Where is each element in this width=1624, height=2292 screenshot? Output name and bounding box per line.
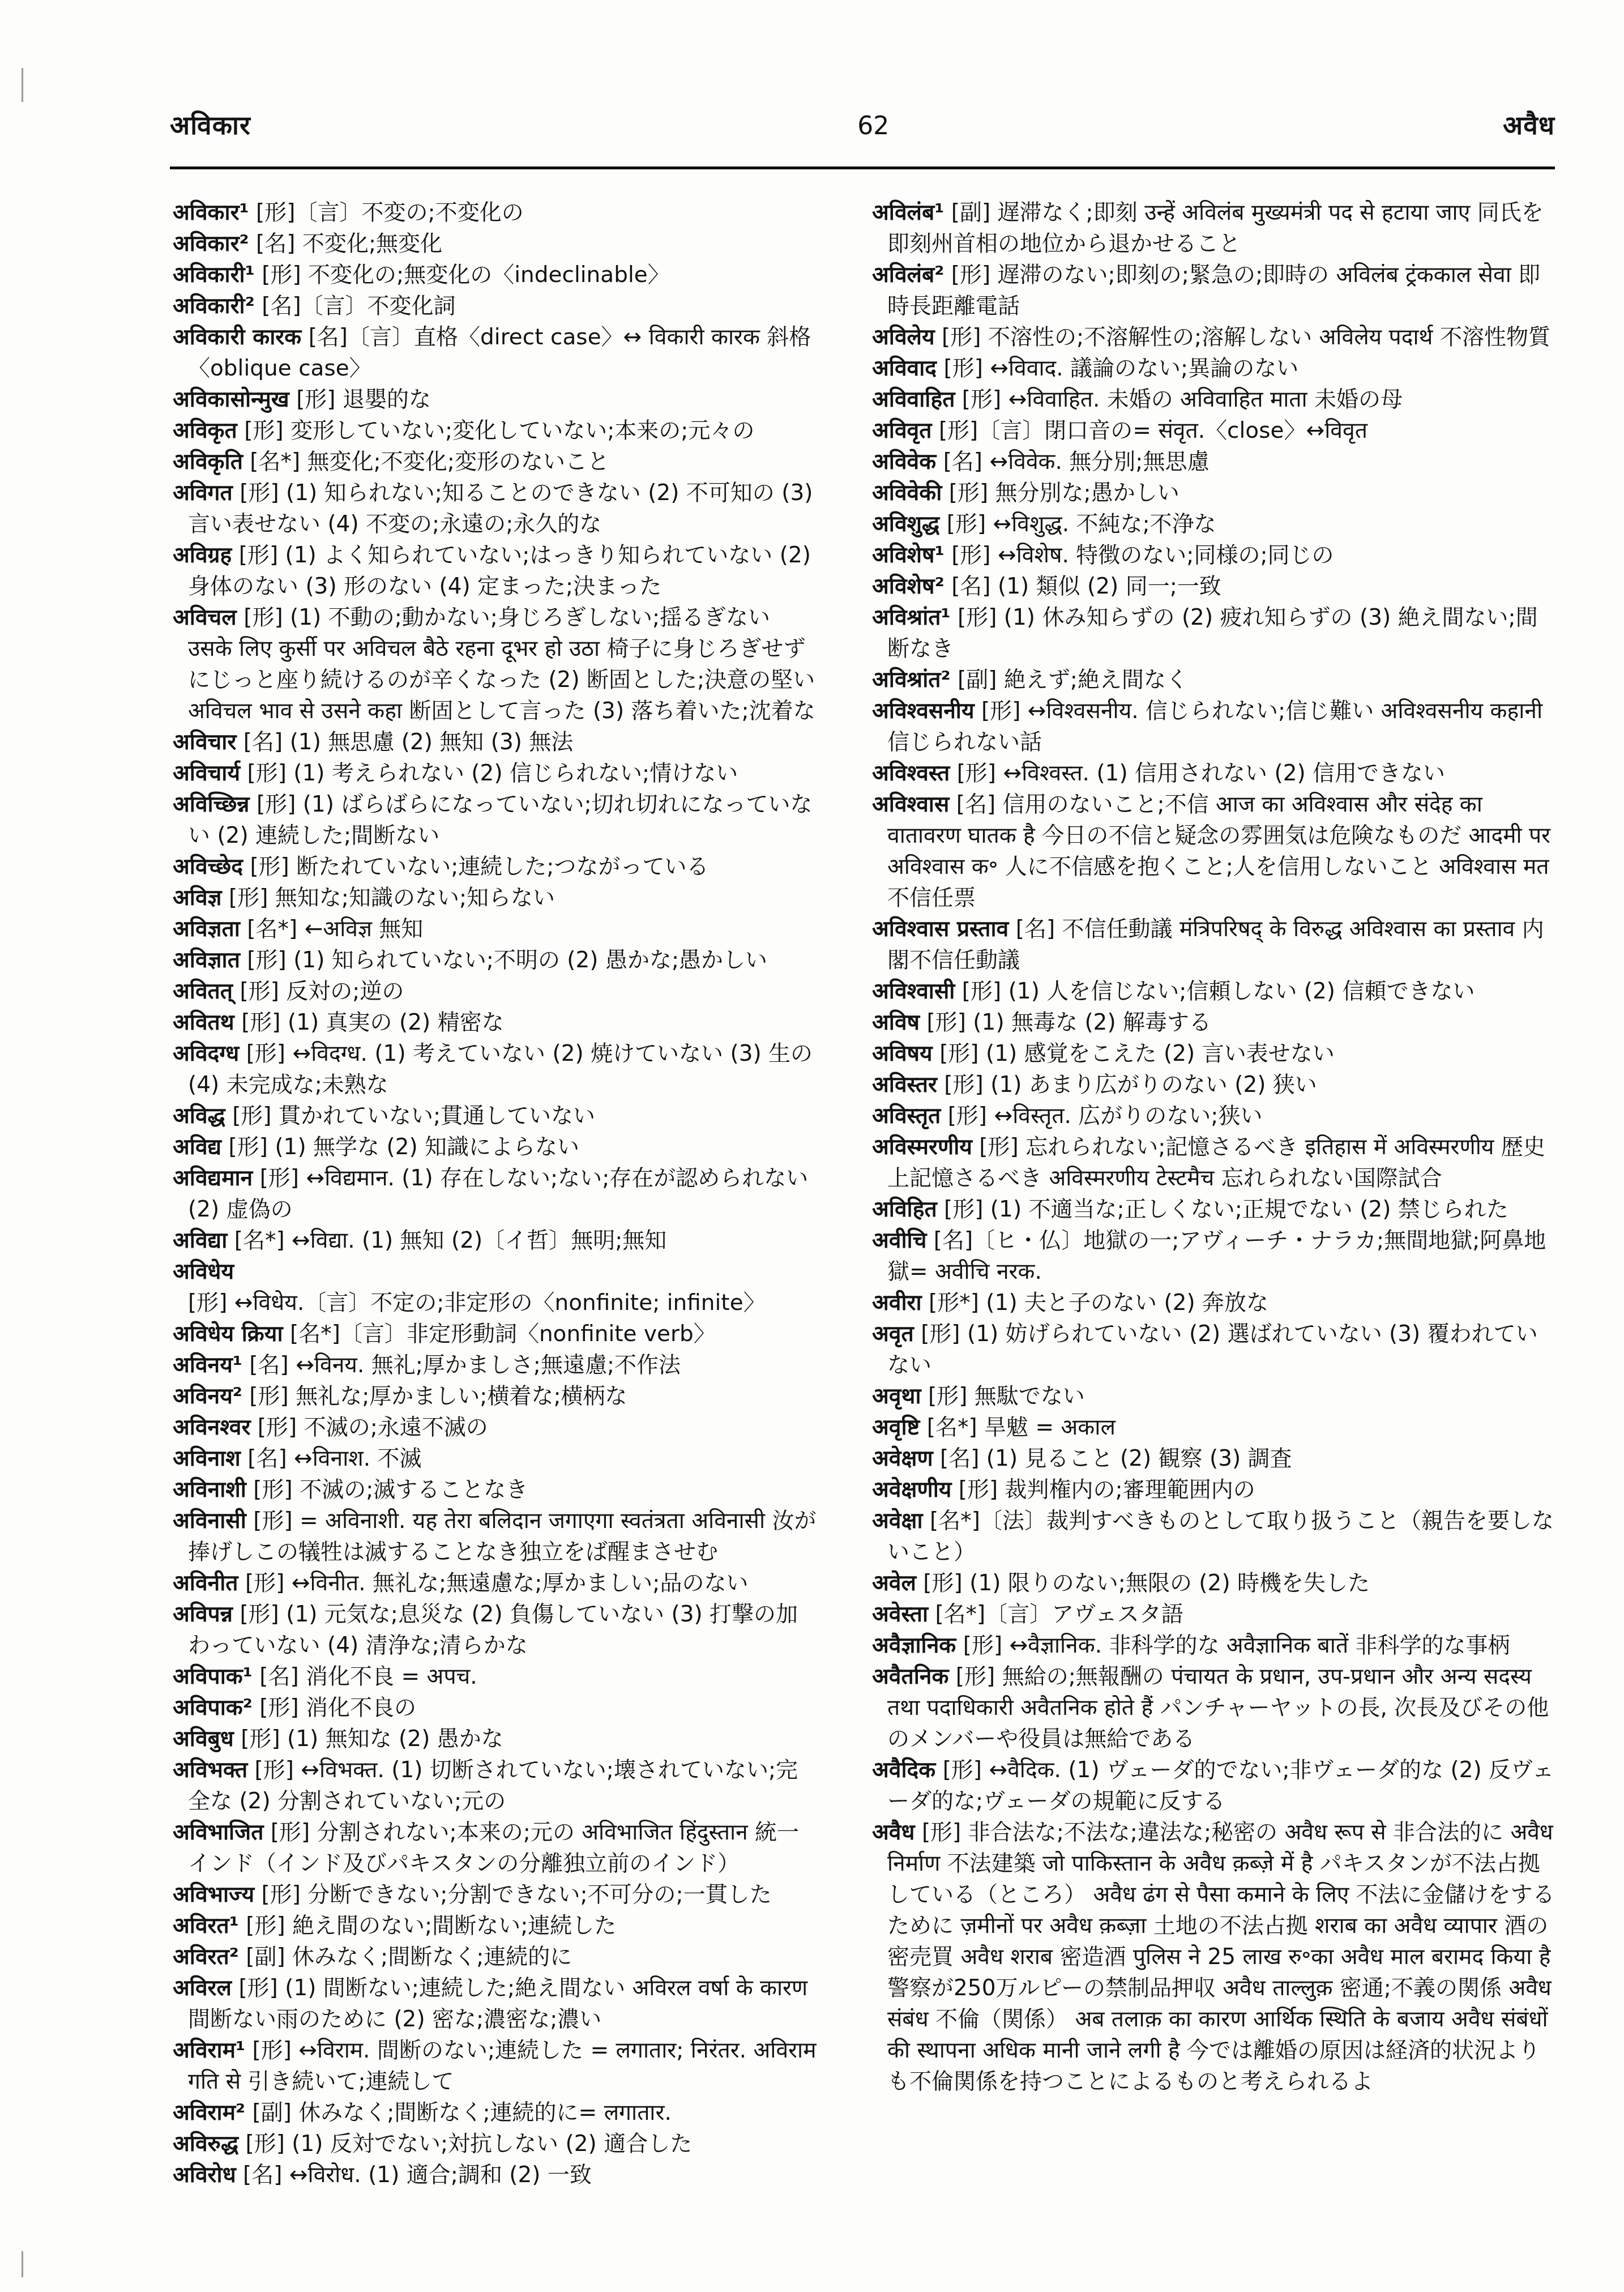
dictionary-entry: अवैतनिक [形] 無給の;無報酬の पंचायत के प्रधान, उ… xyxy=(872,1661,1555,1755)
entry-headword: अविहित xyxy=(872,1197,937,1222)
dictionary-entry: अविश्रांत¹ [形] (1) 休み知らずの (2) 疲れ知らずの (3)… xyxy=(872,602,1555,664)
dictionary-entry: अविनासी [形] = अविनाशी. यह तेरा बलिदान जग… xyxy=(173,1505,818,1568)
dictionary-entry: अविद्यमान [形] ↔विद्यमान. (1) 存在しない;ない;存在… xyxy=(173,1163,818,1225)
entry-headword: अविबुध xyxy=(173,1726,234,1752)
dictionary-entry: अविरत² [副] 休みなく;間断なく;連続的に xyxy=(173,1941,818,1973)
entry-body: [名] 信用のないこと;不信 आज का अविश्वास और संदेह क… xyxy=(887,792,1550,911)
entry-body: [形] 反対の;逆の xyxy=(240,979,404,1004)
scan-artifact-mark xyxy=(22,68,23,102)
entry-headword: अवैतनिक xyxy=(872,1664,948,1689)
dictionary-entry: अविशेष¹ [形] ↔विशेष. 特徴のない;同様の;同じの xyxy=(872,540,1555,571)
entry-body: [形] ↔वैज्ञानिक. 非科学的な अवैज्ञानिक बातें 非… xyxy=(963,1633,1510,1658)
dictionary-entry: अविद्य [形] (1) 無学な (2) 知識によらない xyxy=(173,1132,818,1163)
entry-body: [形]〔言〕閉口音の= संवृत.〈close〉↔विवृत xyxy=(939,418,1367,443)
dictionary-entry: अविद्ध [形] 貫かれていない;貫通していない xyxy=(173,1100,818,1132)
entry-body: [名] (1) 無思慮 (2) 無知 (3) 無法 xyxy=(243,729,574,755)
dictionary-entry: अविकासोन्मुख [形] 退嬰的な xyxy=(173,384,818,415)
entry-headword: अविधेय क्रिया xyxy=(173,1321,283,1347)
entry-headword: अविवाहित xyxy=(872,387,955,412)
entry-body: [副] 休みなく;間断なく;連続的に xyxy=(246,1944,572,1970)
dictionary-entry: अविबुध [形] (1) 無知な (2) 愚かな xyxy=(173,1723,818,1755)
dictionary-entry: अविनश्वर [形] 不滅の;永遠不滅の xyxy=(173,1412,818,1443)
entry-body: [形] (1) 無学な (2) 知識によらない xyxy=(229,1134,580,1160)
entry-headword: अविस्तृत xyxy=(872,1103,941,1129)
entry-body: [形] (1) 知られない;知ることのできない (2) 不可知の (3) 言い表… xyxy=(188,480,813,537)
entry-body: [形] 分割されない;本来の;元の अविभाजित हिंदुस्तान 統一… xyxy=(188,1820,799,1876)
dictionary-entry: अविचार्य [形] (1) 考えられない (2) 信じられない;情けない xyxy=(173,758,818,789)
dictionary-entry: अविधेय [形] ↔विधेय.〔言〕不定の;非定形の〈nonfinite;… xyxy=(173,1256,818,1318)
entry-headword: अविकार² xyxy=(173,231,249,257)
dictionary-entry: अविवाद [形] ↔विवाद. 議論のない;異論のない xyxy=(872,353,1555,384)
entry-body: [形] 無礼な;厚かましい;横着な;横柄な xyxy=(249,1384,627,1409)
dictionary-entry: अविकृति [名*] 無変化;不変化;変形のないこと xyxy=(173,446,818,477)
entry-headword: अविगत xyxy=(173,480,233,506)
dictionary-entry: अवृत [形] (1) 妨げられていない (2) 選ばれていない (3) 覆わ… xyxy=(872,1318,1555,1381)
entry-headword: अविश्रांत¹ xyxy=(872,605,951,630)
dictionary-entry: अविकृत [形] 変形していない;変化していない;本来の;元々の xyxy=(173,415,818,446)
entry-headword: अविस्तर xyxy=(872,1072,937,1098)
entry-body: [形] ↔विनीत. 無礼な;無遠慮な;厚かましい;品のない xyxy=(245,1570,748,1596)
dictionary-entry: अविशुद्ध [形] ↔विशुद्ध. 不純な;不浄な xyxy=(872,509,1555,540)
dictionary-entry: अविभाजित [形] 分割されない;本来の;元の अविभाजित हिंद… xyxy=(173,1817,818,1879)
dictionary-entry: अवैदिक [形] ↔वैदिक. (1) ヴェーダ的でない;非ヴェーダ的な … xyxy=(872,1755,1555,1817)
entry-body: [形] = अविनाशी. यह तेरा बलिदान जगाएगा स्व… xyxy=(188,1508,816,1565)
entry-headword: अविज्ञ xyxy=(173,885,222,911)
entry-headword: अविश्वस्त xyxy=(872,761,950,786)
entry-headword: अविपाक² xyxy=(173,1695,253,1721)
entry-body: [形] (1) 考えられない (2) 信じられない;情けない xyxy=(247,761,738,786)
dictionary-entry: अवृष्टि [名*] 旱魃 = अकाल xyxy=(872,1412,1555,1443)
dictionary-entry: अविपाक¹ [名] 消化不良 = अपच. xyxy=(173,1661,818,1692)
guide-word-left: अविकार xyxy=(170,111,251,140)
dictionary-entry: अविधेय क्रिया [名*]〔言〕非定形動詞〈nonfinite ver… xyxy=(173,1318,818,1350)
dictionary-entry: अविवेकी [形] 無分別な;愚かしい xyxy=(872,477,1555,509)
dictionary-entry: अविरोध [名] ↔विरोध. (1) 適合;調和 (2) 一致 xyxy=(173,2159,818,2191)
dictionary-entry: अवितथ [形] (1) 真実の (2) 精密な xyxy=(173,1007,818,1038)
entry-body: [形] 不滅の;永遠不滅の xyxy=(258,1415,488,1440)
entry-body: [形] 分断できない;分割できない;不可分の;一貫した xyxy=(261,1882,771,1907)
dictionary-entry: अविगत [形] (1) 知られない;知ることのできない (2) 不可知の (… xyxy=(173,477,818,540)
entry-body: [形] 非合法な;不法な;違法な;秘密の अवैध रूप से 非合法的に अ… xyxy=(887,1820,1555,2094)
dictionary-entry: अविषय [形] (1) 感覚をこえた (2) 言い表せない xyxy=(872,1038,1555,1069)
entry-headword: अविनाशी xyxy=(173,1477,246,1503)
entry-headword: अवेक्षणीय xyxy=(872,1477,951,1503)
entry-body: [名*]〔法〕裁判すべきものとして取り扱うこと（親告を要しないこと） xyxy=(887,1508,1554,1565)
dictionary-page: अविकार 62 अवैध अविकार¹ [形]〔言〕不変の;不変化の अव… xyxy=(0,0,1624,2292)
entry-headword: अवैध xyxy=(872,1820,914,1845)
entry-body: [形] (1) よく知られていない;はっきり知られていない (2) 身体のない … xyxy=(188,543,811,599)
dictionary-entry: अविरुद्ध [形] (1) 反対でない;対抗しない (2) 適合した xyxy=(173,2128,818,2159)
dictionary-entry: अविग्रह [形] (1) よく知られていない;はっきり知られていない (2… xyxy=(173,540,818,602)
entry-body: [形] 絶え間のない;間断ない;連続した xyxy=(246,1913,616,1939)
entry-body: [形] ↔विभक्त. (1) 切断されていない;壊されていない;完全な (2… xyxy=(188,1757,798,1814)
text-columns: अविकार¹ [形]〔言〕不変の;不変化の अविकार² [名] 不変化;無… xyxy=(173,197,1555,2191)
entry-headword: अविष xyxy=(872,1010,920,1035)
dictionary-entry: अविज्ञ [形] 無知な;知識のない;知らない xyxy=(173,882,818,914)
entry-body: [名*] 無変化;不変化;変形のないこと xyxy=(250,449,609,475)
guide-word-right: अवैध xyxy=(1503,111,1555,140)
entry-headword: अविवाद xyxy=(872,356,937,381)
entry-body: [形] ↔विश्वस्त. (1) 信用されない (2) 信用できない xyxy=(957,761,1445,786)
dictionary-entry: अविहित [形] (1) 不適当な;正しくない;正規でない (2) 禁じられ… xyxy=(872,1194,1555,1225)
entry-body: [名*] ←अविज्ञ 無知 xyxy=(247,916,423,942)
entry-body: [形] 無知な;知識のない;知らない xyxy=(229,885,555,911)
entry-body: [形] 裁判権内の;審理範囲内の xyxy=(959,1477,1255,1503)
entry-body: [名] ↔विवेक. 無分別;無思慮 xyxy=(943,449,1210,475)
entry-headword: अविकृति xyxy=(173,449,243,475)
dictionary-entry: अविद्या [名*] ↔विद्या. (1) 無知 (2)〔イ哲〕無明;無… xyxy=(173,1225,818,1256)
dictionary-entry: अविज्ञता [名*] ←अविज्ञ 無知 xyxy=(173,914,818,945)
entry-body: [形] 退嬰的な xyxy=(296,387,431,412)
dictionary-entry: अविलंब¹ [副] 遅滞なく;即刻 उन्हें अविलंब मुख्यम… xyxy=(872,197,1555,259)
entry-headword: अविवेकी xyxy=(872,480,942,506)
dictionary-entry: अविनाश [名] ↔विनाश. 不滅 xyxy=(173,1443,818,1474)
entry-headword: अविश्वसनीय xyxy=(872,698,975,724)
dictionary-entry: अविकारी कारक [名]〔言〕直格〈direct case〉↔ विका… xyxy=(173,322,818,384)
dictionary-entry: अविनय¹ [名] ↔विनय. 無礼;厚かましさ;無遠慮;不作法 xyxy=(173,1350,818,1381)
entry-headword: अवृत xyxy=(872,1321,914,1347)
entry-body: [形] 無給の;無報酬の पंचायत के प्रधान, उप-प्रधान… xyxy=(887,1664,1549,1752)
entry-headword: अविलेय xyxy=(872,325,935,350)
dictionary-entry: अविश्वसनीय [形] ↔विश्वसनीय. 信じられない;信じ難い अ… xyxy=(872,695,1555,758)
entry-body: [形] 不変化の;無変化の〈indeclinable〉 xyxy=(262,262,670,288)
dictionary-entry: अविशेष² [名] (1) 類似 (2) 同一;一致 xyxy=(872,571,1555,602)
dictionary-entry: अवेक्षा [名*]〔法〕裁判すべきものとして取り扱うこと（親告を要しないこ… xyxy=(872,1505,1555,1568)
dictionary-entry: अविपाक² [形] 消化不良の xyxy=(173,1692,818,1723)
entry-headword: अविकृत xyxy=(173,418,237,443)
entry-headword: अविच्छेद xyxy=(173,854,243,880)
entry-body: [形] (1) 間断ない;連続した;絶え間ない अविरल वर्षा के क… xyxy=(188,1975,807,2032)
entry-headword: अवैज्ञानिक xyxy=(872,1633,956,1658)
entry-headword: अविज्ञात xyxy=(173,947,240,973)
entry-body: [形] ↔विधेय.〔言〕不定の;非定形の〈nonfinite; infini… xyxy=(188,1290,766,1316)
dictionary-entry: अविभक्त [形] ↔विभक्त. (1) 切断されていない;壊されていな… xyxy=(173,1755,818,1817)
entry-body: [形] 断たれていない;連続した;つながっている xyxy=(250,854,708,880)
dictionary-entry: अविश्वास प्रस्ताव [名] 不信任動議 मंत्रिपरिषद्… xyxy=(872,914,1555,976)
dictionary-entry: अविश्रांत² [副] 絶えず;絶え間なく xyxy=(872,664,1555,695)
left-column: अविकार¹ [形]〔言〕不変の;不変化の अविकार² [名] 不変化;無… xyxy=(173,197,818,2191)
entry-body: [形] (1) 無毒な (2) 解毒する xyxy=(927,1010,1212,1035)
dictionary-entry: अवीचि [名]〔ヒ・仏〕地獄の一;アヴィーチ・ナラカ;無間地獄;阿鼻地獄= … xyxy=(872,1225,1555,1287)
entry-body: [形] (1) あまり広がりのない (2) 狭い xyxy=(944,1072,1317,1098)
entry-headword: अविराम² xyxy=(173,2100,245,2125)
entry-headword: अविश्वासी xyxy=(872,979,955,1004)
entry-headword: अविकारी² xyxy=(173,293,255,319)
entry-headword: अविवृत xyxy=(872,418,932,443)
dictionary-entry: अविश्वस्त [形] ↔विश्वस्त. (1) 信用されない (2) … xyxy=(872,758,1555,789)
entry-headword: अविभाजित xyxy=(173,1820,263,1845)
entry-body: [名]〔言〕不変化詞 xyxy=(262,293,455,319)
entry-body: [形] (1) 休み知らずの (2) 疲れ知らずの (3) 絶え間ない;間断なき xyxy=(887,605,1538,661)
entry-headword: अविज्ञता xyxy=(173,916,240,942)
entry-headword: अवैदिक xyxy=(872,1757,935,1783)
entry-headword: अविश्वास xyxy=(872,792,949,817)
entry-headword: अवीचि xyxy=(872,1228,926,1253)
entry-headword: अविलंब¹ xyxy=(872,200,944,225)
page-header: अविकार 62 अवैध xyxy=(170,111,1555,140)
entry-headword: अविरल xyxy=(173,1975,232,2001)
entry-body: [形] ↔विराम. 間断のない;連続した = लगातार; निरंतर.… xyxy=(188,2038,816,2094)
dictionary-entry: अविलेय [形] 不溶性の;不溶解性の;溶解しない अविलेय पदार्… xyxy=(872,322,1555,353)
entry-headword: अविशेष² xyxy=(872,574,945,599)
entry-headword: अविद्ध xyxy=(173,1103,225,1129)
entry-headword: अविकार¹ xyxy=(173,200,249,225)
dictionary-entry: अविवेक [名] ↔विवेक. 無分別;無思慮 xyxy=(872,446,1555,477)
entry-body: [形] (1) 感覚をこえた (2) 言い表せない xyxy=(939,1041,1335,1066)
entry-body: [名] (1) 類似 (2) 同一;一致 xyxy=(951,574,1221,599)
entry-body: [名] ↔विनाश. 不滅 xyxy=(247,1446,421,1471)
dictionary-entry: अविच्छिन्न [形] (1) ばらばらになっていない;切れ切れになってい… xyxy=(173,789,818,851)
entry-body: [形] 変形していない;変化していない;本来の;元々の xyxy=(244,418,754,443)
entry-body: [副] 休みなく;間断なく;連続的に= लगातार. xyxy=(252,2100,671,2125)
dictionary-entry: अविनाशी [形] 不滅の;滅することなき xyxy=(173,1474,818,1505)
dictionary-entry: अविवृत [形]〔言〕閉口音の= संवृत.〈close〉↔विवृत xyxy=(872,415,1555,446)
entry-body: [形] (1) 無知な (2) 愚かな xyxy=(241,1726,503,1752)
dictionary-entry: अविस्मरणीय [形] 忘れられない;記憶さるべき इतिहास में … xyxy=(872,1132,1555,1194)
entry-headword: अविपन्न xyxy=(173,1602,233,1627)
dictionary-entry: अविपन्न [形] (1) 元気な;息災な (2) 負傷していない (3) … xyxy=(173,1599,818,1661)
entry-headword: अवितथ xyxy=(173,1010,234,1035)
dictionary-entry: अविस्तृत [形] ↔विस्तृत. 広がりのない;狭い xyxy=(872,1100,1555,1132)
entry-body: [形] 不溶性の;不溶解性の;溶解しない अविलेय पदार्थ 不溶性物質 xyxy=(942,325,1550,350)
entry-headword: अवेस्ता xyxy=(872,1602,928,1627)
entry-body: [形] 無分別な;愚かしい xyxy=(949,480,1179,506)
entry-headword: अविच्छिन्न xyxy=(173,792,250,817)
dictionary-entry: अविरल [形] (1) 間断ない;連続した;絶え間ない अविरल वर्ष… xyxy=(173,1973,818,2035)
dictionary-entry: अविच्छेद [形] 断たれていない;連続した;つながっている xyxy=(173,851,818,882)
entry-headword: अविद्यमान xyxy=(173,1166,253,1191)
dictionary-entry: अविराम² [副] 休みなく;間断なく;連続的に= लगातार. xyxy=(173,2097,818,2128)
entry-body: [形] 忘れられない;記憶さるべき इतिहास में अविस्मरणीय … xyxy=(887,1134,1545,1191)
right-column: अविलंब¹ [副] 遅滞なく;即刻 उन्हें अविलंब मुख्यम… xyxy=(872,197,1555,2097)
dictionary-entry: अविरत¹ [形] 絶え間のない;間断ない;連続した xyxy=(173,1910,818,1941)
entry-body: [形] (1) 真実の (2) 精密な xyxy=(241,1010,504,1035)
entry-headword: अविचल xyxy=(173,605,237,630)
entry-body: [副] 絶えず;絶え間なく xyxy=(958,667,1188,693)
dictionary-entry: अविकारी¹ [形] 不変化の;無変化の〈indeclinable〉 xyxy=(173,259,818,291)
entry-headword: अवेल xyxy=(872,1570,916,1596)
entry-headword: अविपाक¹ xyxy=(173,1664,253,1689)
entry-headword: अविनय² xyxy=(173,1384,242,1409)
entry-headword: अविनासी xyxy=(173,1508,246,1534)
entry-headword: अविनाश xyxy=(173,1446,241,1471)
entry-body: [名*] ↔विद्या. (1) 無知 (2)〔イ哲〕無明;無知 xyxy=(234,1228,667,1253)
dictionary-entry: अवितत् [形] 反対の;逆の xyxy=(173,976,818,1007)
entry-body: [形] ↔विवाद. 議論のない;異論のない xyxy=(943,356,1298,381)
entry-headword: अविस्मरणीय xyxy=(872,1134,972,1160)
entry-headword: अविभक्त xyxy=(173,1757,247,1783)
dictionary-entry: अविराम¹ [形] ↔विराम. 間断のない;連続した = लगातार;… xyxy=(173,2035,818,2097)
entry-headword: अविशेष¹ xyxy=(872,543,945,568)
entry-body: [形] ↔विद्यमान. (1) 存在しない;ない;存在が認められない (2… xyxy=(188,1166,808,1222)
dictionary-entry: अविकार² [名] 不変化;無変化 xyxy=(173,228,818,259)
entry-headword: अविनय¹ xyxy=(173,1352,242,1378)
entry-body: [形] ↔विश्वसनीय. 信じられない;信じ難い अविश्वसनीय क… xyxy=(887,698,1542,755)
dictionary-entry: अविश्वास [名] 信用のないこと;不信 आज का अविश्वास औ… xyxy=(872,789,1555,914)
entry-headword: अविरुद्ध xyxy=(173,2131,238,2157)
entry-body: [形] (1) 人を信じない;信頼しない (2) 信頼できない xyxy=(962,979,1475,1004)
entry-body: [名] (1) 見ること (2) 観察 (3) 調査 xyxy=(940,1446,1292,1471)
entry-body: [形] (1) 元気な;息災な (2) 負傷していない (3) 打撃の加わってい… xyxy=(188,1602,798,1658)
dictionary-entry: अविकारी² [名]〔言〕不変化詞 xyxy=(173,291,818,322)
entry-body: [形] (1) 不動の;動かない;身じろぎしない;揺るぎない उसके लिए … xyxy=(188,605,815,724)
dictionary-entry: अविचल [形] (1) 不動の;動かない;身じろぎしない;揺るぎない उसक… xyxy=(173,602,818,727)
entry-headword: अविवेक xyxy=(872,449,936,475)
entry-body: [形*] (1) 夫と子のない (2) 奔放な xyxy=(929,1290,1268,1316)
entry-headword: अविकासोन्मुख xyxy=(173,387,289,412)
page-number: 62 xyxy=(857,113,889,140)
dictionary-entry: अवेक्षणीय [形] 裁判権内の;審理範囲内の xyxy=(872,1474,1555,1505)
entry-headword: अविदग्ध xyxy=(173,1041,239,1066)
dictionary-entry: अवृथा [形] 無駄でない xyxy=(872,1381,1555,1412)
entry-body: [形] (1) 不適当な;正しくない;正規でない (2) 禁じられた xyxy=(944,1197,1508,1222)
entry-body: [名] 消化不良 = अपच. xyxy=(259,1664,477,1689)
dictionary-entry: अवेक्षण [名] (1) 見ること (2) 観察 (3) 調査 xyxy=(872,1443,1555,1474)
entry-headword: अविभाज्य xyxy=(173,1882,254,1907)
entry-body: [名] 不変化;無変化 xyxy=(256,231,442,257)
dictionary-entry: अवेस्ता [名*]〔言〕アヴェスタ語 xyxy=(872,1599,1555,1630)
scan-artifact-mark xyxy=(22,2251,23,2277)
entry-headword: अविरोध xyxy=(173,2162,236,2188)
entry-headword: अविद्य xyxy=(173,1134,221,1160)
dictionary-entry: अवीरा [形*] (1) 夫と子のない (2) 奔放な xyxy=(872,1287,1555,1318)
header-rule xyxy=(170,167,1555,169)
entry-headword: अविनीत xyxy=(173,1570,238,1596)
entry-body: [形] ↔विवाहित. 未婚の अविवाहित माता 未婚の母 xyxy=(962,387,1403,412)
dictionary-entry: अविस्तर [形] (1) あまり広がりのない (2) 狭い xyxy=(872,1069,1555,1100)
entry-headword: अविकारी कारक xyxy=(173,325,301,350)
entry-body: [形] ↔विशेष. 特徴のない;同様の;同じの xyxy=(951,543,1334,568)
entry-headword: अविषय xyxy=(872,1041,933,1066)
entry-headword: अविश्वास प्रस्ताव xyxy=(872,916,1008,942)
entry-body: [副] 遅滞なく;即刻 उन्हें अविलंब मुख्यमंत्री पद… xyxy=(887,200,1544,257)
entry-body: [形] 不滅の;滅することなき xyxy=(253,1477,528,1503)
entry-body: [形]〔言〕不変の;不変化の xyxy=(256,200,524,225)
entry-body: [名]〔ヒ・仏〕地獄の一;アヴィーチ・ナラカ;無間地獄;阿鼻地獄= अवीचि … xyxy=(887,1228,1546,1284)
entry-headword: अविरत² xyxy=(173,1944,239,1970)
entry-body: [形] 消化不良の xyxy=(259,1695,416,1721)
entry-body: [形] ↔विदग्ध. (1) 考えていない (2) 焼けていない (3) 生… xyxy=(188,1041,813,1098)
entry-headword: अविद्या xyxy=(173,1228,227,1253)
entry-body: [形] (1) 知られていない;不明の (2) 愚かな;愚かしい xyxy=(247,947,767,973)
dictionary-entry: अवैध [形] 非合法な;不法な;違法な;秘密の अवैध रूप से 非合… xyxy=(872,1817,1555,2097)
dictionary-entry: अविनय² [形] 無礼な;厚かましい;横着な;横柄な xyxy=(173,1381,818,1412)
dictionary-entry: अवैज्ञानिक [形] ↔वैज्ञानिक. 非科学的な अवैज्ञा… xyxy=(872,1630,1555,1661)
entry-headword: अवेक्षा xyxy=(872,1508,923,1534)
entry-headword: अविकारी¹ xyxy=(173,262,255,288)
entry-headword: अविश्रांत² xyxy=(872,667,951,693)
dictionary-entry: अविकार¹ [形]〔言〕不変の;不変化の xyxy=(173,197,818,228)
entry-headword: अविग्रह xyxy=(173,543,232,568)
dictionary-entry: अविवाहित [形] ↔विवाहित. 未婚の अविवाहित माता… xyxy=(872,384,1555,415)
entry-headword: अवीरा xyxy=(872,1290,922,1316)
dictionary-entry: अविभाज्य [形] 分断できない;分割できない;不可分の;一貫した xyxy=(173,1879,818,1910)
entry-body: [形] (1) ばらばらになっていない;切れ切れになっていない (2) 連続した… xyxy=(188,792,813,848)
dictionary-entry: अवेल [形] (1) 限りのない;無限の (2) 時機を失した xyxy=(872,1568,1555,1599)
entry-body: [形] (1) 反対でない;対抗しない (2) 適合した xyxy=(245,2131,692,2157)
dictionary-entry: अविज्ञात [形] (1) 知られていない;不明の (2) 愚かな;愚かし… xyxy=(173,945,818,976)
entry-headword: अविराम¹ xyxy=(173,2038,245,2063)
entry-body: [形] ↔विशुद्ध. 不純な;不浄な xyxy=(947,511,1216,537)
entry-body: [名] ↔विनय. 無礼;厚かましさ;無遠慮;不作法 xyxy=(249,1352,681,1378)
dictionary-entry: अविश्वासी [形] (1) 人を信じない;信頼しない (2) 信頼できな… xyxy=(872,976,1555,1007)
entry-headword: अविचार xyxy=(173,729,236,755)
entry-headword: अविधेय xyxy=(173,1259,234,1284)
entry-headword: अविनश्वर xyxy=(173,1415,250,1440)
entry-headword: अवृथा xyxy=(872,1384,921,1409)
dictionary-entry: अविदग्ध [形] ↔विदग्ध. (1) 考えていない (2) 焼けてい… xyxy=(173,1038,818,1100)
entry-headword: अवेक्षण xyxy=(872,1446,933,1471)
entry-body: [名*] 旱魃 = अकाल xyxy=(927,1415,1116,1440)
entry-headword: अविलंब² xyxy=(872,262,944,288)
dictionary-entry: अविनीत [形] ↔विनीत. 無礼な;無遠慮な;厚かましい;品のない xyxy=(173,1568,818,1599)
entry-body: [形] ↔विस्तृत. 広がりのない;狭い xyxy=(948,1103,1263,1129)
dictionary-entry: अविचार [名] (1) 無思慮 (2) 無知 (3) 無法 xyxy=(173,727,818,758)
entry-body: [形] (1) 限りのない;無限の (2) 時機を失した xyxy=(923,1570,1370,1596)
entry-headword: अविचार्य xyxy=(173,761,240,786)
entry-headword: अवृष्टि xyxy=(872,1415,920,1440)
dictionary-entry: अविष [形] (1) 無毒な (2) 解毒する xyxy=(872,1007,1555,1038)
entry-body: [形] 無駄でない xyxy=(928,1384,1085,1409)
entry-body: [名*]〔言〕非定形動詞〈nonfinite verb〉 xyxy=(290,1321,716,1347)
entry-body: [名*]〔言〕アヴェスタ語 xyxy=(935,1602,1183,1627)
entry-body: [形] 遅滞のない;即刻の;緊急の;即時の अविलंब ट्रंककाल से… xyxy=(887,262,1540,319)
entry-headword: अवितत् xyxy=(173,979,233,1004)
entry-headword: अविरत¹ xyxy=(173,1913,239,1939)
entry-body: [形] ↔वैदिक. (1) ヴェーダ的でない;非ヴェーダ的な (2) 反ヴェ… xyxy=(887,1757,1554,1814)
entry-body: [形] (1) 妨げられていない (2) 選ばれていない (3) 覆われていない xyxy=(887,1321,1538,1378)
entry-headword: अविशुद्ध xyxy=(872,511,939,537)
entry-body: [名] ↔विरोध. (1) 適合;調和 (2) 一致 xyxy=(243,2162,592,2188)
entry-body: [形] 貫かれていない;貫通していない xyxy=(232,1103,595,1129)
dictionary-entry: अविलंब² [形] 遅滞のない;即刻の;緊急の;即時の अविलंब ट्र… xyxy=(872,259,1555,322)
